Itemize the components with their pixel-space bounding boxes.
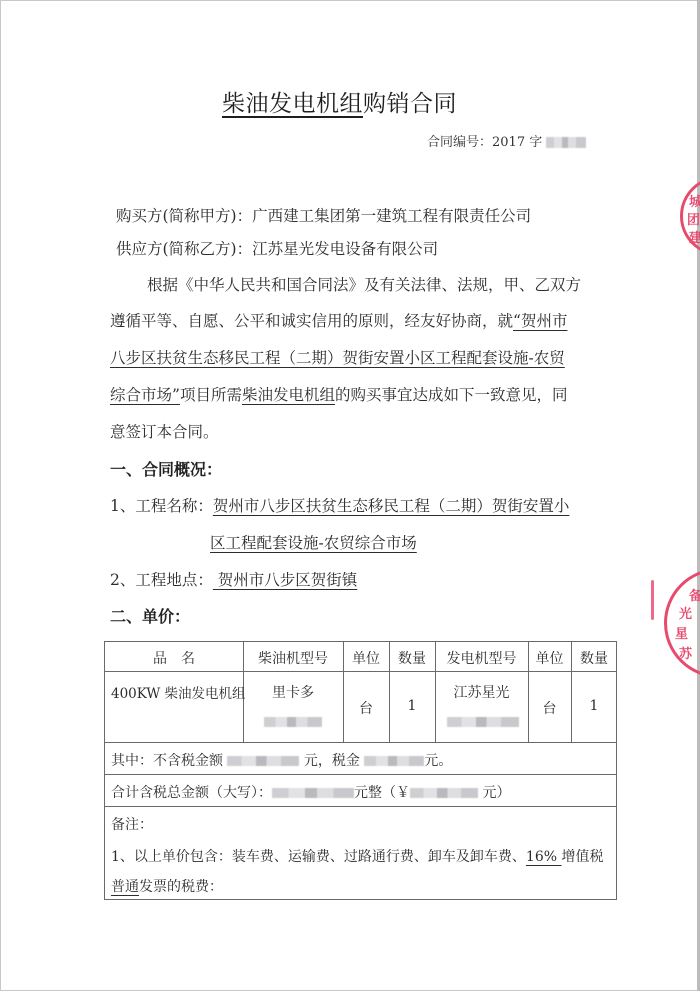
project-name-line-2: 区工程配套设施-农贸综合市场 <box>210 531 417 553</box>
total-amount-row: 合计含税总金额（大写）：元整（￥ 元） <box>111 782 510 802</box>
header-unit: 单位 <box>528 648 571 668</box>
header-product-name: 品 名 <box>105 648 243 668</box>
supplier-line: 供应方(简称乙方)：江苏星光发电设备有限公司 <box>116 237 438 259</box>
table-rule <box>105 806 616 807</box>
intro-text: 遵循平等、自愿、公平和诚实信用的原则，经友好协商，就 <box>110 312 513 330</box>
remark-text: 1、以上单价包含：装车费、运输费、过路通行费、卸车及卸车费、 <box>111 849 526 865</box>
supplier-name: 江苏星光发电设备有限公司 <box>252 240 438 258</box>
price-table: 品 名 柴油机型号 单位 数量 发电机型号 单位 数量 400KW 柴油发电机组… <box>104 641 617 900</box>
buyer-line: 购买方(简称甲方)：广西建工集团第一建筑工程有限责任公司 <box>116 204 531 226</box>
header-quantity: 数量 <box>389 648 435 668</box>
redacted-amount <box>227 756 299 766</box>
seal-char: 星 <box>675 623 688 642</box>
product-name-underlined: 柴油发电机组 <box>242 386 335 404</box>
vat-rate: 16% <box>526 849 562 865</box>
header-diesel-model: 柴油机型号 <box>243 648 343 668</box>
total-label: 元整（￥ <box>354 785 410 801</box>
diesel-qty-cell: 1 <box>389 698 435 714</box>
table-rule <box>105 671 616 672</box>
intro-line-1: 根据《中华人民共和国合同法》及有关法律、法规，甲、乙双方 <box>147 273 581 295</box>
redacted-amount <box>410 788 478 798</box>
title-rest: 购销合同 <box>363 91 457 117</box>
document-title: 柴油发电机组购销合同 <box>222 85 457 118</box>
header-generator-model: 发电机型号 <box>435 648 528 668</box>
project-name-value: 贺州市八步区扶贫生态移民工程（二期）贺街安置小 <box>213 497 570 515</box>
contract-number: 合同编号：2017 字 <box>427 131 586 150</box>
intro-text: 的购买事宜达成如下一致意见，同 <box>335 386 568 404</box>
header-unit: 单位 <box>343 648 389 668</box>
header-quantity: 数量 <box>571 648 617 668</box>
seal-char: 城 <box>689 191 700 210</box>
project-name-underlined: 综合市场” <box>110 386 180 404</box>
project-location-value: 贺州市八步区贺街镇 <box>213 571 357 589</box>
total-label: 合计含税总金额（大写）： <box>111 785 272 801</box>
generator-model-redacted <box>445 714 520 730</box>
remark-1-line-1: 1、以上单价包含：装车费、运输费、过路通行费、卸车及卸车费、16% 增值税 <box>111 846 603 866</box>
redacted-contract-number <box>546 137 586 148</box>
seal-char: 建 <box>689 227 700 246</box>
remark-text: 发票的税费： <box>139 879 223 895</box>
remark-1-line-2: 普通发票的税费： <box>111 876 223 896</box>
project-name-underlined: 八步区扶贫生态移民工程（二期）贺街安置小区工程配套设施-农贸 <box>110 349 565 367</box>
tax-label: 其中：不含税金额 <box>111 753 223 769</box>
tax-label: 元。 <box>424 753 452 769</box>
project-location-line: 2、工程地点： 贺州市八步区贺街镇 <box>110 568 357 590</box>
project-location-label: 2、工程地点： <box>110 571 213 589</box>
intro-line-3: 八步区扶贫生态移民工程（二期）贺街安置小区工程配套设施-农贸 <box>110 346 565 368</box>
section2-heading: 二、单价： <box>110 604 190 627</box>
diesel-model-redacted <box>263 714 323 730</box>
remarks-label: 备注： <box>111 814 153 834</box>
tax-label: 元，税金 <box>304 753 360 769</box>
generator-qty-cell: 1 <box>571 698 617 714</box>
redacted-amount <box>364 756 424 766</box>
intro-text: 项目所需 <box>180 386 242 404</box>
project-name-value: 区工程配套设施-农贸综合市场 <box>210 534 417 552</box>
section1-heading: 一、合同概况： <box>110 457 222 480</box>
contract-number-label: 合同编号：2017 字 <box>427 135 542 150</box>
seal-mark <box>651 580 654 620</box>
remark-text: 增值税 <box>561 849 603 865</box>
seal-char: 团 <box>687 209 700 228</box>
table-rule <box>105 774 616 775</box>
generator-unit-cell: 台 <box>528 698 571 718</box>
intro-line-5: 意签订本合同。 <box>110 420 219 442</box>
intro-line-2: 遵循平等、自愿、公平和诚实信用的原则，经友好协商，就“贺州市 <box>110 309 567 331</box>
product-name-cell: 400KW 柴油发电机组 <box>111 682 246 702</box>
diesel-brand-cell: 里卡多 <box>243 682 343 702</box>
title-underlined: 柴油发电机组 <box>222 91 363 117</box>
seal-char: 苏 <box>679 643 692 662</box>
project-name-underlined: “贺州市 <box>513 312 567 330</box>
project-name-label: 1、工程名称： <box>110 497 213 515</box>
table-rule <box>105 742 616 743</box>
generator-brand-cell: 江苏星光 <box>435 682 528 702</box>
supplier-label: 供应方(简称乙方)： <box>116 240 252 258</box>
total-label: 元） <box>482 785 510 801</box>
seal-char: 光 <box>679 603 692 622</box>
redacted-amount <box>272 788 354 798</box>
diesel-unit-cell: 台 <box>343 698 389 718</box>
seal-char: 备 <box>689 585 700 604</box>
redacted-value <box>264 717 322 727</box>
redacted-value <box>447 717 519 727</box>
tax-breakdown-row: 其中：不含税金额 元，税金 元。 <box>111 750 452 770</box>
buyer-label: 购买方(简称甲方)： <box>116 207 252 225</box>
project-name-line: 1、工程名称：贺州市八步区扶贫生态移民工程（二期）贺街安置小 <box>110 494 569 516</box>
invoice-type: 普通 <box>111 879 139 895</box>
buyer-name: 广西建工集团第一建筑工程有限责任公司 <box>252 207 531 225</box>
intro-line-4: 综合市场”项目所需柴油发电机组的购买事宜达成如下一致意见，同 <box>110 383 567 405</box>
